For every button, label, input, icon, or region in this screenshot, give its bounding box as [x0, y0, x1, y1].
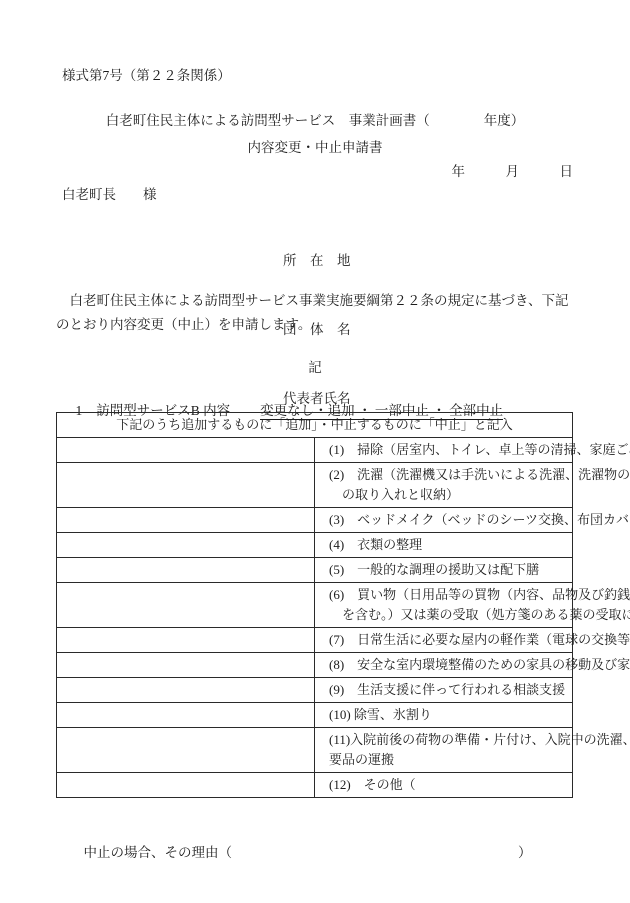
entry-mark-cell: [57, 678, 315, 703]
item-text: (12) その他（: [329, 777, 416, 792]
entry-mark-cell: [57, 583, 315, 628]
item-cell: (4) 衣類の整理: [315, 533, 573, 558]
item-cell: (10) 除雪、氷割り: [315, 703, 573, 728]
item-text: (9) 生活支援に伴って行われる相談支援: [329, 680, 566, 700]
entry-mark-cell: [57, 463, 315, 508]
addressee: 白老町長 様: [62, 183, 157, 203]
table-row: (1) 掃除（居室内、トイレ、卓上等の清掃、家庭ごみの分別・整理）: [57, 438, 573, 463]
document-page: 様式第7号（第２２条関係） 白老町住民主体による訪問型サービス 事業計画書（ 年…: [0, 0, 630, 903]
table-row: (6) 買い物（日用品等の買物（内容、品物及び釣銭の確認、宅配注文票記入 を含む…: [57, 583, 573, 628]
item-cell: (9) 生活支援に伴って行われる相談支援: [315, 678, 573, 703]
table-row: (10) 除雪、氷割り: [57, 703, 573, 728]
entry-mark-cell: [57, 438, 315, 463]
entry-mark-cell: [57, 558, 315, 583]
item-cell: (6) 買い物（日用品等の買物（内容、品物及び釣銭の確認、宅配注文票記入 を含む…: [315, 583, 573, 628]
item-cell: (12) その他（）: [315, 773, 573, 798]
item-text: (3) ベッドメイク（ベッドのシーツ交換、布団カバーの交換等）: [329, 510, 566, 530]
item-cell: (5) 一般的な調理の援助又は配下膳: [315, 558, 573, 583]
table-row: (9) 生活支援に伴って行われる相談支援: [57, 678, 573, 703]
entry-mark-cell: [57, 628, 315, 653]
table-row: (3) ベッドメイク（ベッドのシーツ交換、布団カバーの交換等）: [57, 508, 573, 533]
entry-mark-cell: [57, 703, 315, 728]
body-paragraph: 白老町住民主体による訪問型サービス事業実施要綱第２２条の規定に基づき、下記のとお…: [56, 289, 576, 336]
item-cell: (8) 安全な室内環境整備のための家具の移動及び家財処分: [315, 653, 573, 678]
item-cell: (2) 洗濯（洗濯機又は手洗いによる洗濯、洗濯物の乾燥（物干し）、洗濯物 の取り…: [315, 463, 573, 508]
item-text: 要品の運搬: [329, 750, 566, 770]
document-title: 白老町住民主体による訪問型サービス 事業計画書（ 年度）: [0, 109, 630, 129]
table-header-row: 下記のうち追加するものに「追加」・中止するものに「中止」と記入: [57, 413, 573, 438]
service-items-table: 下記のうち追加するものに「追加」・中止するものに「中止」と記入 (1) 掃除（居…: [56, 412, 573, 798]
entry-mark-cell: [57, 508, 315, 533]
table-row: (5) 一般的な調理の援助又は配下膳: [57, 558, 573, 583]
item-text: の取り入れと収納）: [342, 485, 566, 505]
date-line: 年 月 日: [452, 160, 574, 180]
item-text: (6) 買い物（日用品等の買物（内容、品物及び釣銭の確認、宅配注文票記入: [329, 585, 566, 605]
item-cell: (11)入院前後の荷物の準備・片付け、入院中の洗濯、買い物、自宅からの必 要品の…: [315, 728, 573, 773]
item-text: (5) 一般的な調理の援助又は配下膳: [329, 560, 566, 580]
item-text: (11)入院前後の荷物の準備・片付け、入院中の洗濯、買い物、自宅からの必: [329, 730, 566, 750]
item-text: (2) 洗濯（洗濯機又は手洗いによる洗濯、洗濯物の乾燥（物干し）、洗濯物: [329, 465, 566, 485]
table-row: (11)入院前後の荷物の準備・片付け、入院中の洗濯、買い物、自宅からの必 要品の…: [57, 728, 573, 773]
close-paren: ）: [518, 845, 532, 860]
table-row: (2) 洗濯（洗濯機又は手洗いによる洗濯、洗濯物の乾燥（物干し）、洗濯物 の取り…: [57, 463, 573, 508]
reason-label: 中止の場合、その理由（: [84, 845, 233, 860]
sender-address-label: 所 在 地: [283, 249, 351, 272]
entry-mark-cell: [57, 773, 315, 798]
item-cell: (1) 掃除（居室内、トイレ、卓上等の清掃、家庭ごみの分別・整理）: [315, 438, 573, 463]
item-text: (7) 日常生活に必要な屋内の軽作業（電球の交換等）: [329, 630, 566, 650]
entry-mark-cell: [57, 653, 315, 678]
table-row: (12) その他（）: [57, 773, 573, 798]
table-header: 下記のうち追加するものに「追加」・中止するものに「中止」と記入: [57, 413, 573, 438]
table-row: (7) 日常生活に必要な屋内の軽作業（電球の交換等）: [57, 628, 573, 653]
table-row: (4) 衣類の整理: [57, 533, 573, 558]
item-text: (1) 掃除（居室内、トイレ、卓上等の清掃、家庭ごみの分別・整理）: [329, 440, 566, 460]
entry-mark-cell: [57, 728, 315, 773]
item-text: (12) その他（）: [329, 775, 566, 795]
item-cell: (7) 日常生活に必要な屋内の軽作業（電球の交換等）: [315, 628, 573, 653]
table-row: (8) 安全な室内環境整備のための家具の移動及び家財処分: [57, 653, 573, 678]
item-cell: (3) ベッドメイク（ベッドのシーツ交換、布団カバーの交換等）: [315, 508, 573, 533]
document-subtitle: 内容変更・中止申請書: [0, 136, 630, 156]
cancellation-reason-line: 中止の場合、その理由（）: [70, 825, 532, 877]
item-text: (4) 衣類の整理: [329, 535, 566, 555]
form-number: 様式第7号（第２２条関係）: [62, 64, 231, 84]
item-text: (10) 除雪、氷割り: [329, 705, 566, 725]
item-text: を含む。）又は薬の受取（処方箋のある薬の受取に限る。））: [342, 605, 566, 625]
item-text: (8) 安全な室内環境整備のための家具の移動及び家財処分: [329, 655, 566, 675]
record-mark: 記: [0, 356, 630, 376]
entry-mark-cell: [57, 533, 315, 558]
